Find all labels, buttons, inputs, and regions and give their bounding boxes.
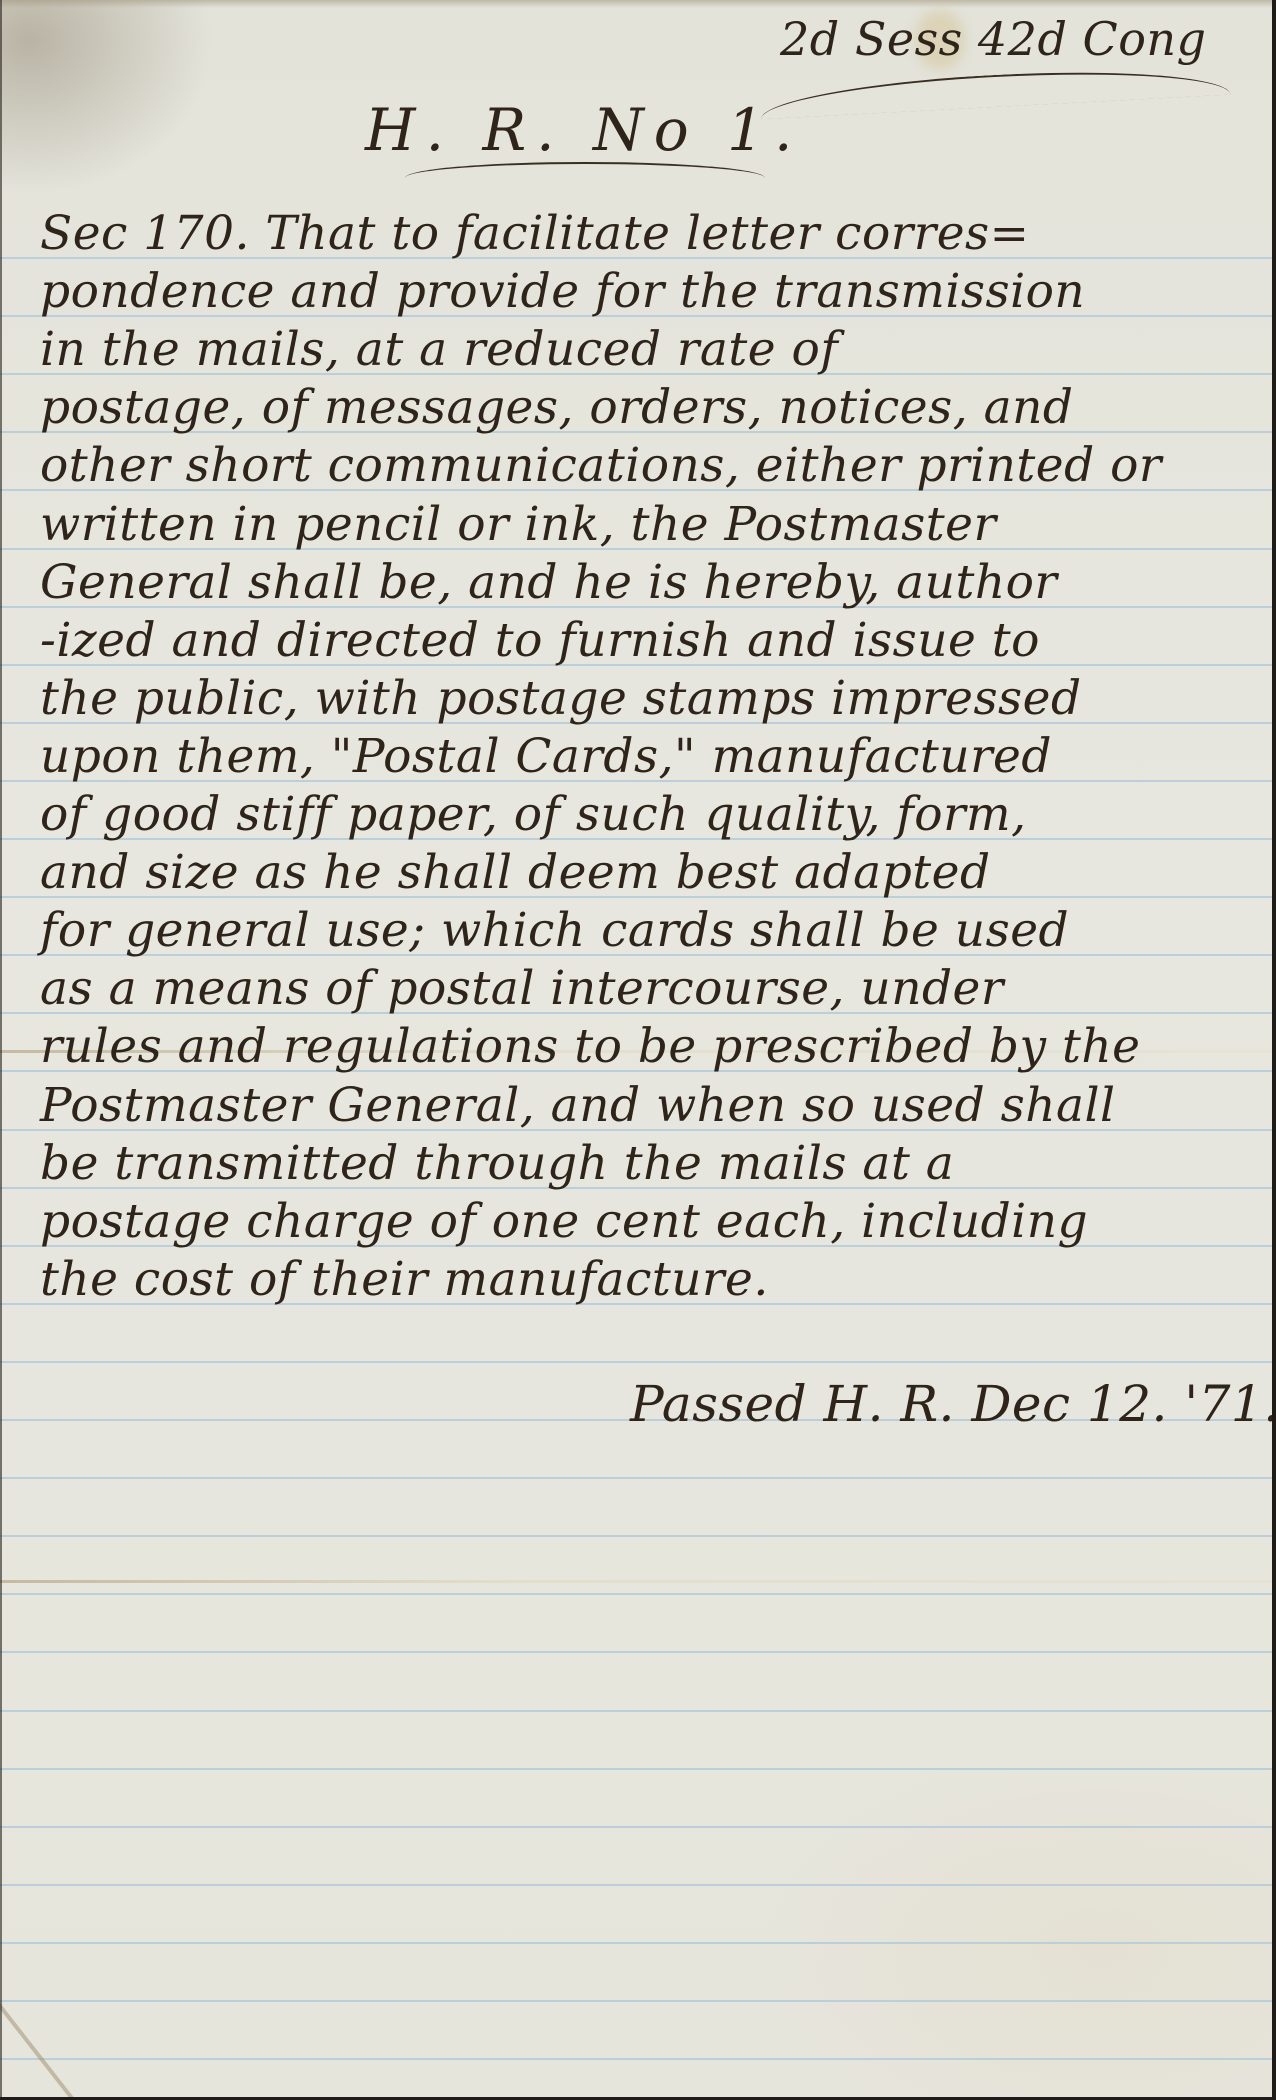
bill-text-line: upon them, "Postal Cards," manufactured (40, 728, 1052, 786)
bill-text-line: General shall be, and he is hereby, auth… (40, 554, 1057, 612)
bill-text-line: of good stiff paper, of such quality, fo… (40, 786, 1027, 844)
title-underline-flourish (405, 162, 765, 178)
bill-text-line: be transmitted through the mails at a (40, 1135, 954, 1193)
ruled-line (0, 2000, 1272, 2002)
left-edge (0, 0, 2, 2100)
bill-text-line: for general use; which cards shall be us… (40, 902, 1069, 960)
session-underline-flourish (759, 63, 1230, 120)
ruled-line (0, 1535, 1272, 1537)
bill-text-line: postage charge of one cent each, includi… (40, 1193, 1088, 1251)
ruled-line (0, 1477, 1272, 1479)
ruled-line (0, 1361, 1272, 1363)
bill-text-line: Sec 170. That to facilitate letter corre… (40, 205, 1030, 263)
bill-text-line: Postmaster General, and when so used sha… (40, 1077, 1116, 1135)
bill-text-line: and size as he shall deem best adapted (40, 844, 991, 902)
bill-text-line: other short communications, either print… (40, 437, 1162, 495)
bill-text-line: in the mails, at a reduced rate of (40, 321, 838, 379)
ruled-line (0, 1710, 1272, 1712)
right-edge-shadow (1272, 0, 1276, 2100)
fold-crease-lower (0, 1580, 1272, 1583)
bill-text-line: as a means of postal intercourse, under (40, 960, 1004, 1018)
bill-text-line: pondence and provide for the transmissio… (40, 263, 1085, 321)
ruled-line (0, 1768, 1272, 1770)
ruled-line (0, 1593, 1272, 1595)
bill-text-line: the public, with postage stamps impresse… (40, 670, 1082, 728)
bill-title: H. R. No 1. (365, 96, 802, 164)
fold-crease-corner (0, 1990, 76, 2097)
ruled-line (0, 1942, 1272, 1944)
bill-text-line: the cost of their manufacture. (40, 1251, 769, 1309)
session-note: 2d Sess 42d Cong (780, 12, 1206, 66)
ruled-line (0, 1826, 1272, 1828)
bill-text-line: postage, of messages, orders, notices, a… (40, 379, 1074, 437)
ruled-line (0, 1884, 1272, 1886)
ruled-line (0, 2058, 1272, 2060)
ruled-line (0, 1651, 1272, 1653)
bill-text-line: rules and regulations to be prescribed b… (40, 1018, 1140, 1076)
passed-note: Passed H. R. Dec 12. '71. (630, 1375, 1272, 1433)
bill-text-line: -ized and directed to furnish and issue … (40, 612, 1040, 670)
ruled-paper-sheet: 2d Sess 42d Cong H. R. No 1. Sec 170. Th… (0, 0, 1272, 2097)
top-shadow (0, 0, 1272, 8)
bill-text-line: written in pencil or ink, the Postmaster (40, 496, 996, 554)
